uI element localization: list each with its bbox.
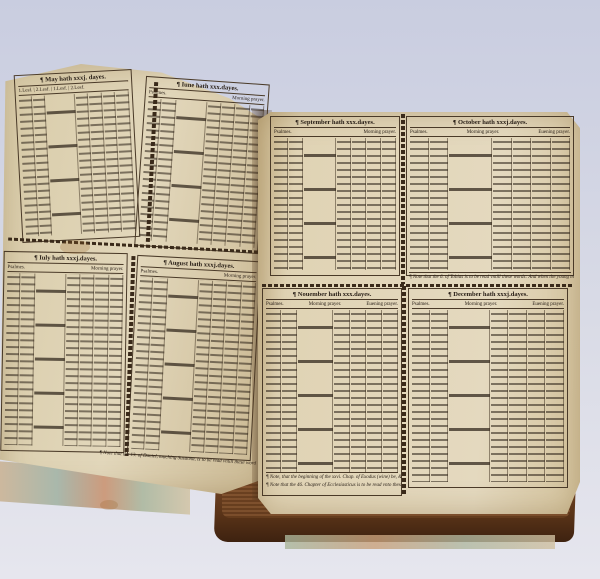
calendar-december: ¶ December hath xxxj.dayes. Psalmes.Morn… xyxy=(408,288,568,488)
month-title: ¶ Nouember hath xxx.dayes. xyxy=(266,291,398,300)
month-title: ¶ September hath xxx.dayes. xyxy=(274,119,396,128)
calendar-may: ¶ May hath xxxj. dayes. 1.Lesf. | 2.Lesf… xyxy=(14,69,141,243)
calendar-july: ¶ Iuly hath xxxj.dayes. Psalmes.Morning … xyxy=(0,251,127,453)
book-photograph: ¶ May hath xxxj. dayes. 1.Lesf. | 2.Lesf… xyxy=(0,0,600,579)
lessons-header: Psalmes.Morning prayer.Euening prayer. xyxy=(410,129,570,137)
month-title: ¶ October hath xxxj.dayes. xyxy=(410,119,570,128)
month-title: ¶ December hath xxxj.dayes. xyxy=(412,291,564,300)
lessons-header: Psalmes.Morning prayer. xyxy=(274,129,396,137)
calendar-october: ¶ October hath xxxj.dayes. Psalmes.Morni… xyxy=(406,116,574,276)
column-divider xyxy=(402,286,406,496)
page-stain xyxy=(60,240,90,254)
lessons-header: Psalmes.Morning prayer.Euening prayer. xyxy=(412,301,564,309)
column-divider xyxy=(401,114,405,284)
marbled-endpaper-bottom xyxy=(285,535,555,549)
page-stain xyxy=(100,500,118,510)
lessons-header: Psalmes.Morning prayer.Euening prayer. xyxy=(266,301,398,309)
calendar-august: ¶ August hath xxxj.dayes. Psalmes.Mornin… xyxy=(127,255,261,461)
section-divider xyxy=(262,284,574,287)
november-note-1: ¶ Note, that the beginning of the xxvi. … xyxy=(266,472,398,481)
calendar-september: ¶ September hath xxx.dayes. Psalmes.Morn… xyxy=(270,116,400,276)
calendar-november: ¶ Nouember hath xxx.dayes. Psalmes.Morni… xyxy=(262,288,402,496)
november-note-2: ¶ Note that the 46. Chapter of Ecclesias… xyxy=(266,481,398,489)
